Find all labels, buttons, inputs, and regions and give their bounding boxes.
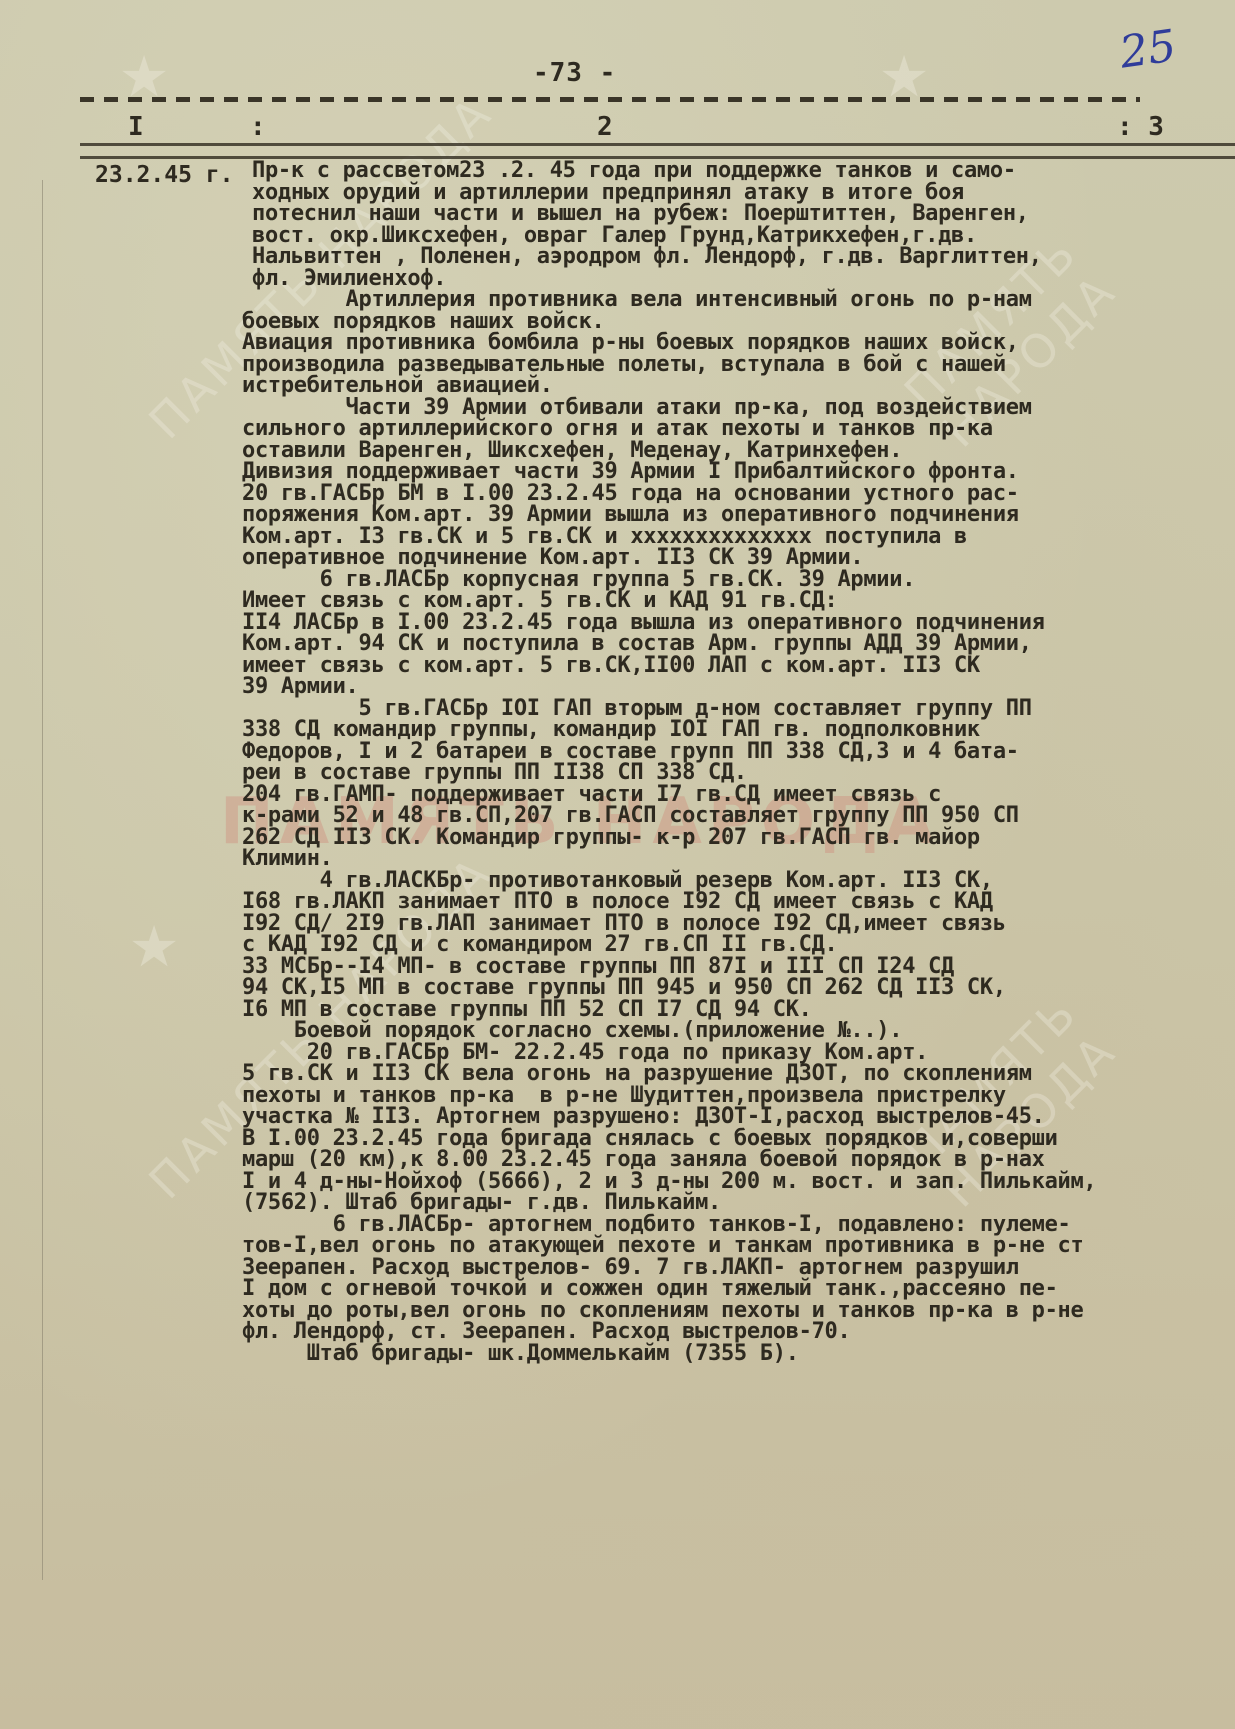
text-line: поряжения Ком.арт. 39 Армии вышла из опе… — [242, 504, 1227, 526]
text-line: потеснил наши части и вышел на рубеж: По… — [252, 203, 1227, 225]
text-line: I дом с огневой точкой и сожжен один тяж… — [242, 1278, 1227, 1300]
star-watermark-icon: ★ — [120, 40, 180, 100]
star-watermark-icon: ★ — [130, 910, 190, 970]
text-line: I92 СД/ 2I9 гв.ЛАП занимает ПТО в полосе… — [242, 913, 1227, 935]
text-line: хоты до роты,вел огонь по скоплениям пех… — [242, 1300, 1227, 1322]
double-rule — [80, 143, 1235, 159]
text-line: боевых порядков наших войск. — [242, 311, 1227, 333]
text-line: 4 гв.ЛАСКБр- противотанковый резерв Ком.… — [242, 870, 1227, 892]
handwritten-folio-number: 25 — [1117, 20, 1180, 78]
text-line: Климин. — [242, 848, 1227, 870]
text-line: 39 Армии. — [242, 676, 1227, 698]
text-line: Дивизия поддерживает части 39 Армии I Пр… — [242, 461, 1227, 483]
text-line: тов-I,вел огонь по атакующей пехоте и та… — [242, 1235, 1227, 1257]
text-line: Авиация противника бомбила р-ны боевых п… — [242, 332, 1227, 354]
text-line: участка № II3. Артогнем разрушено: ДЗОТ-… — [242, 1106, 1227, 1128]
entry-body-text: Пр-к с рассветом23 .2. 45 года при подде… — [252, 160, 1227, 1364]
text-line: Ком.арт. I3 гв.СК и 5 гв.СК и xxxxxxxxxx… — [242, 526, 1227, 548]
text-line: Нальвиттен , Поленен, аэродром фл. Лендо… — [252, 246, 1227, 268]
document-page: ПАМЯТЬ НАРОДА ПАМЯТЬ НАРОДА ПАМЯТЬ НАРОД… — [0, 0, 1235, 1729]
text-line: 262 СД II3 СК. Командир группы- к-р 207 … — [242, 827, 1227, 849]
text-line: Пр-к с рассветом23 .2. 45 года при подде… — [252, 160, 1227, 182]
text-line: Федоров, I и 2 батареи в составе групп П… — [242, 741, 1227, 763]
entry-date: 23.2.45 г. — [95, 162, 233, 188]
star-watermark-icon: ★ — [880, 40, 940, 100]
text-line: марш (20 км),к 8.00 23.2.45 года заняла … — [242, 1149, 1227, 1171]
text-line: 20 гв.ГАСБр БМ в I.00 23.2.45 года на ос… — [242, 483, 1227, 505]
text-line: к-рами 52 и 48 гв.СП,207 гв.ГАСП составл… — [242, 805, 1227, 827]
text-line: Ком.арт. 94 СК и поступила в состав Арм.… — [242, 633, 1227, 655]
text-line: В I.00 23.2.45 года бригада снялась с бо… — [242, 1128, 1227, 1150]
left-margin-line — [42, 180, 43, 1580]
column-header-3: : 3 — [1117, 112, 1164, 142]
text-line: I6 МП в составе группы ПП 52 СП I7 СД 94… — [242, 999, 1227, 1021]
text-line: оперативное подчинение Ком.арт. II3 СК 3… — [242, 547, 1227, 569]
text-line: 5 гв.ГАСБр IOI ГАП вторым д-ном составля… — [242, 698, 1227, 720]
text-line: имеет связь с ком.арт. 5 гв.СК,II00 ЛАП … — [242, 655, 1227, 677]
text-line: пехоты и танков пр-ка в р-не Шудиттен,пр… — [242, 1085, 1227, 1107]
text-line: Штаб бригады- шк.Доммелькайм (7355 Б). — [242, 1343, 1227, 1365]
text-line: Имеет связь с ком.арт. 5 гв.СК и КАД 91 … — [242, 590, 1227, 612]
text-line: ходных орудий и артиллерии предпринял ат… — [252, 182, 1227, 204]
text-line: 338 СД командир группы, командир IOI ГАП… — [242, 719, 1227, 741]
text-line: с КАД I92 СД и с командиром 27 гв.СП II … — [242, 934, 1227, 956]
text-line: I и 4 д-ны-Нойхоф (5666), 2 и 3 д-ны 200… — [242, 1171, 1227, 1193]
text-line: 5 гв.СК и II3 СК вела огонь на разрушени… — [242, 1063, 1227, 1085]
page-number: -73 - — [533, 58, 616, 88]
text-line: реи в составе группы ПП II38 СП 338 СД. — [242, 762, 1227, 784]
text-line: 33 МСБр--I4 МП- в составе группы ПП 87I … — [242, 956, 1227, 978]
text-line: 204 гв.ГАМП- поддерживает части I7 гв.СД… — [242, 784, 1227, 806]
text-line: Боевой порядок согласно схемы.(приложени… — [242, 1020, 1227, 1042]
column-header-1: I — [128, 112, 144, 142]
text-line: фл. Лендорф, ст. Зеерапен. Расход выстре… — [242, 1321, 1227, 1343]
text-line: 94 СК,I5 МП в составе группы ПП 945 и 95… — [242, 977, 1227, 999]
text-line: II4 ЛАСБр в I.00 23.2.45 года вышла из о… — [242, 612, 1227, 634]
text-line: Зеерапен. Расход выстрелов- 69. 7 гв.ЛАК… — [242, 1257, 1227, 1279]
text-line: производила разведывательные полеты, вст… — [242, 354, 1227, 376]
text-line: фл. Эмилиенхоф. — [252, 268, 1227, 290]
text-line: 6 гв.ЛАСБр- артогнем подбито танков-I, п… — [242, 1214, 1227, 1236]
text-line: оставили Варенген, Шиксхефен, Меденау, К… — [242, 440, 1227, 462]
text-line: 6 гв.ЛАСБр корпусная группа 5 гв.СК. 39 … — [242, 569, 1227, 591]
text-line: 20 гв.ГАСБр БМ- 22.2.45 года по приказу … — [242, 1042, 1227, 1064]
text-line: сильного артиллерийского огня и атак пех… — [242, 418, 1227, 440]
dashed-rule — [80, 97, 1140, 102]
column-separator: : — [250, 112, 266, 142]
text-line: Части 39 Армии отбивали атаки пр-ка, под… — [242, 397, 1227, 419]
text-line: Артиллерия противника вела интенсивный о… — [242, 289, 1227, 311]
column-header-2: 2 — [597, 112, 613, 142]
text-line: истребительной авиацией. — [242, 375, 1227, 397]
text-line: (7562). Штаб бригады- г.дв. Пилькайм. — [242, 1192, 1227, 1214]
text-line: вост. окр.Шиксхефен, овраг Галер Грунд,К… — [252, 225, 1227, 247]
text-line: I68 гв.ЛАКП занимает ПТО в полосе I92 СД… — [242, 891, 1227, 913]
